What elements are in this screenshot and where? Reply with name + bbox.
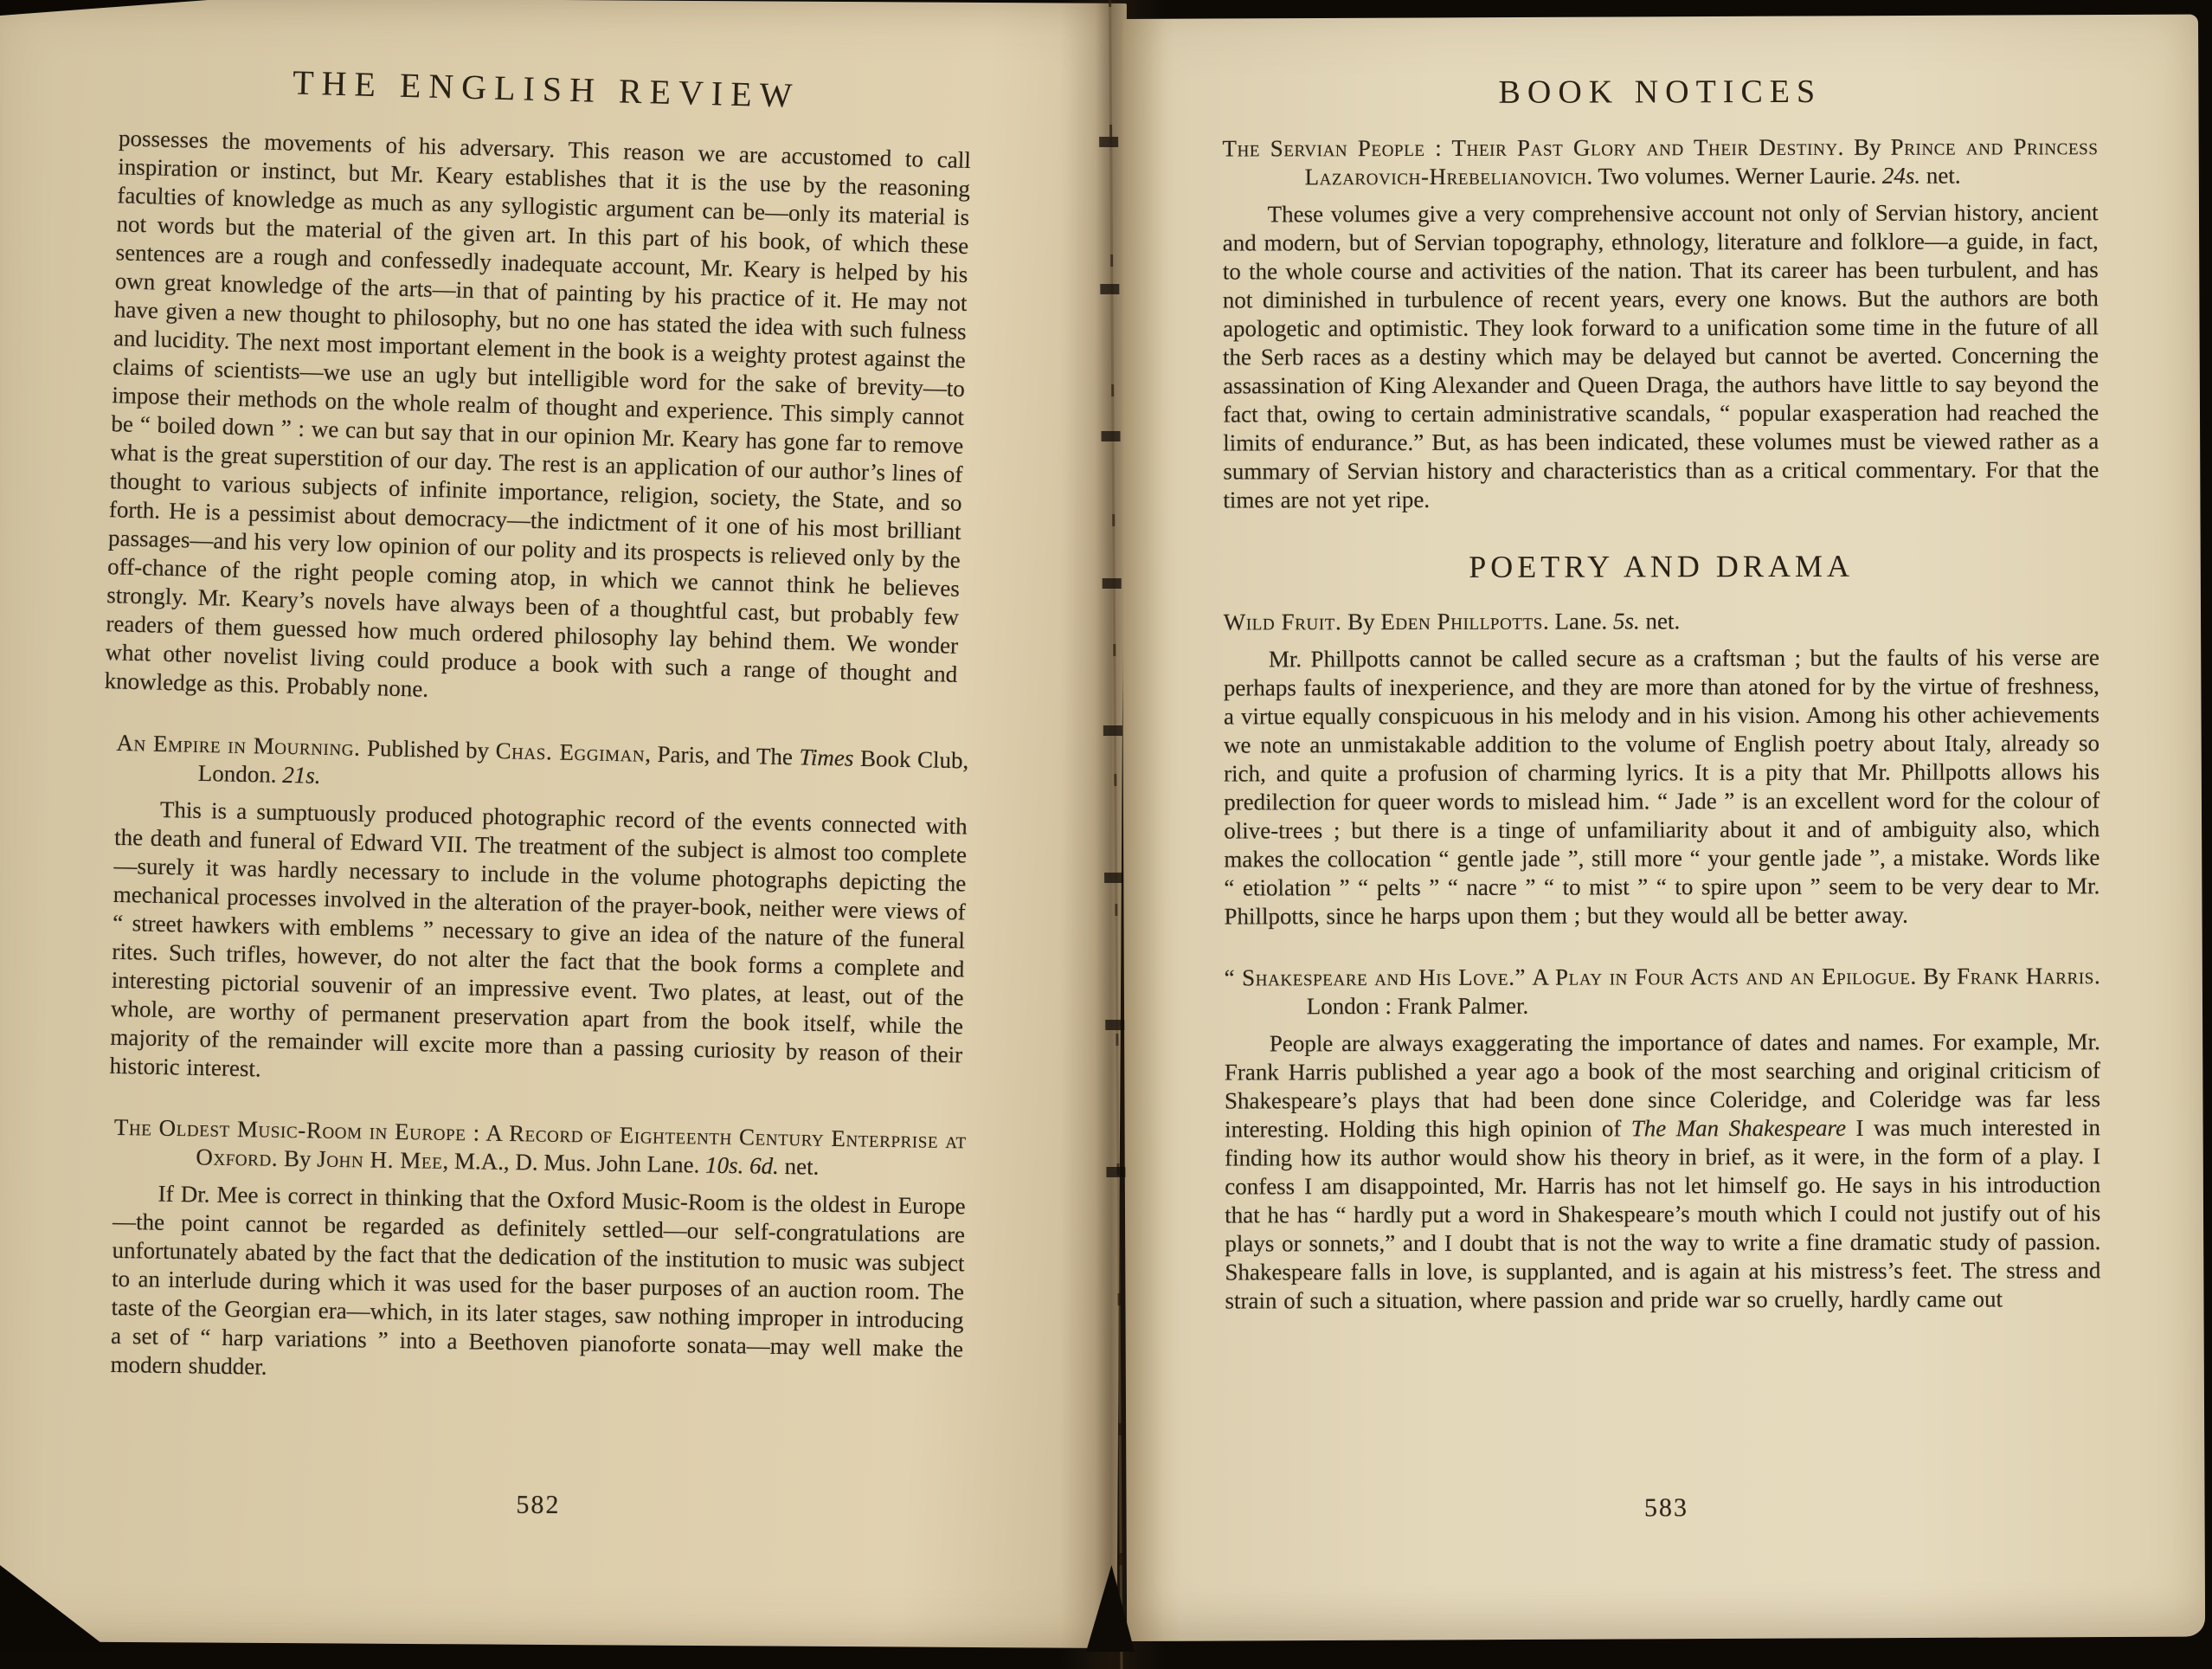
servian-price: 24s. [1882,163,1920,189]
right-page-header: BOOK NOTICES [1222,72,2098,112]
left-paragraph-3: If Dr. Mee is correct in thinking that t… [110,1179,966,1392]
servian-tail: . Two volumes. Werner Laurie. [1586,163,1881,190]
shakespeare-title: “ Shakespeare and His Love.” [1225,964,1527,991]
servian-net: net. [1920,163,1961,189]
empire-book-heading: An Empire in Mourning. Published by Chas… [115,729,968,804]
right-page-number: 583 [1228,1492,2104,1524]
empire-publisher: Chas. Eggiman [495,738,645,767]
left-page-header: THE ENGLISH REVIEW [119,57,973,120]
music-by: By [278,1145,317,1172]
servian-by: By [1844,134,1891,160]
shakespeare-author: Frank Harris [1957,963,2094,989]
empire-pub1: Published by [360,735,496,764]
shakespeare-subtitle: A Play in Four Acts and an Epilogue. [1532,963,1916,990]
right-paragraph-1: These volumes give a very comprehensive … [1223,198,2099,514]
wildfruit-title: Wild Fruit. [1224,609,1342,635]
empire-price: 21s. [282,762,321,789]
wildfruit-price: 5s. [1613,608,1640,634]
shakespeare-by: By [1917,963,1957,989]
empire-times-italic: Times [799,744,854,770]
left-paragraph-1: possesses the movements of his adversary… [104,124,971,718]
music-net: net. [779,1153,820,1180]
right-paragraph-2: Mr. Phillpotts cannot be called secure a… [1224,643,2100,931]
left-page-number: 582 [112,1488,964,1523]
music-author: John H. Mee [317,1146,443,1174]
shakespeare-book-heading: “ Shakespeare and His Love.” A Play in F… [1225,962,2100,1021]
poetry-drama-section-heading: POETRY AND DRAMA [1224,547,2099,585]
right-page-content: BOOK NOTICES The Servian People : Their … [1222,72,2100,1315]
left-page: THE ENGLISH REVIEW possesses the movemen… [0,0,1127,1648]
left-page-content: THE ENGLISH REVIEW possesses the movemen… [113,58,973,1384]
empire-pub2: , Paris, and The [645,741,800,770]
left-paragraph-2: This is a sumptuously produced photograp… [109,795,968,1099]
right-paragraph-3-post: I was much interested in finding how its… [1225,1114,2100,1313]
wildfruit-book-heading: Wild Fruit. By Eden Phillpotts. Lane. 5s… [1224,606,2099,636]
wildfruit-net: net. [1640,608,1681,634]
right-paragraph-3: People are always exaggerating the impor… [1225,1028,2101,1315]
wildfruit-by: By [1341,609,1380,635]
music-price: 10s. 6d. [705,1152,779,1179]
shakespeare-gap [1526,964,1532,990]
music-book-heading: The Oldest Music-Room in Europe : A Reco… [113,1113,967,1183]
wildfruit-author: Eden Phillpotts [1380,609,1543,635]
wildfruit-tail: . Lane. [1543,608,1613,634]
empire-title: An Empire in Mourning. [116,730,361,761]
servian-title: The Servian People : Their Past Glory an… [1222,134,1844,162]
book-scan: THE ENGLISH REVIEW possesses the movemen… [0,0,2212,1669]
music-degrees: , M.A., D. Mus. John Lane. [442,1148,705,1178]
right-paragraph-3-book-title: The Man Shakespeare [1631,1115,1846,1142]
right-page: BOOK NOTICES The Servian People : Their … [1120,15,2205,1641]
servian-book-heading: The Servian People : Their Past Glory an… [1222,132,2098,191]
